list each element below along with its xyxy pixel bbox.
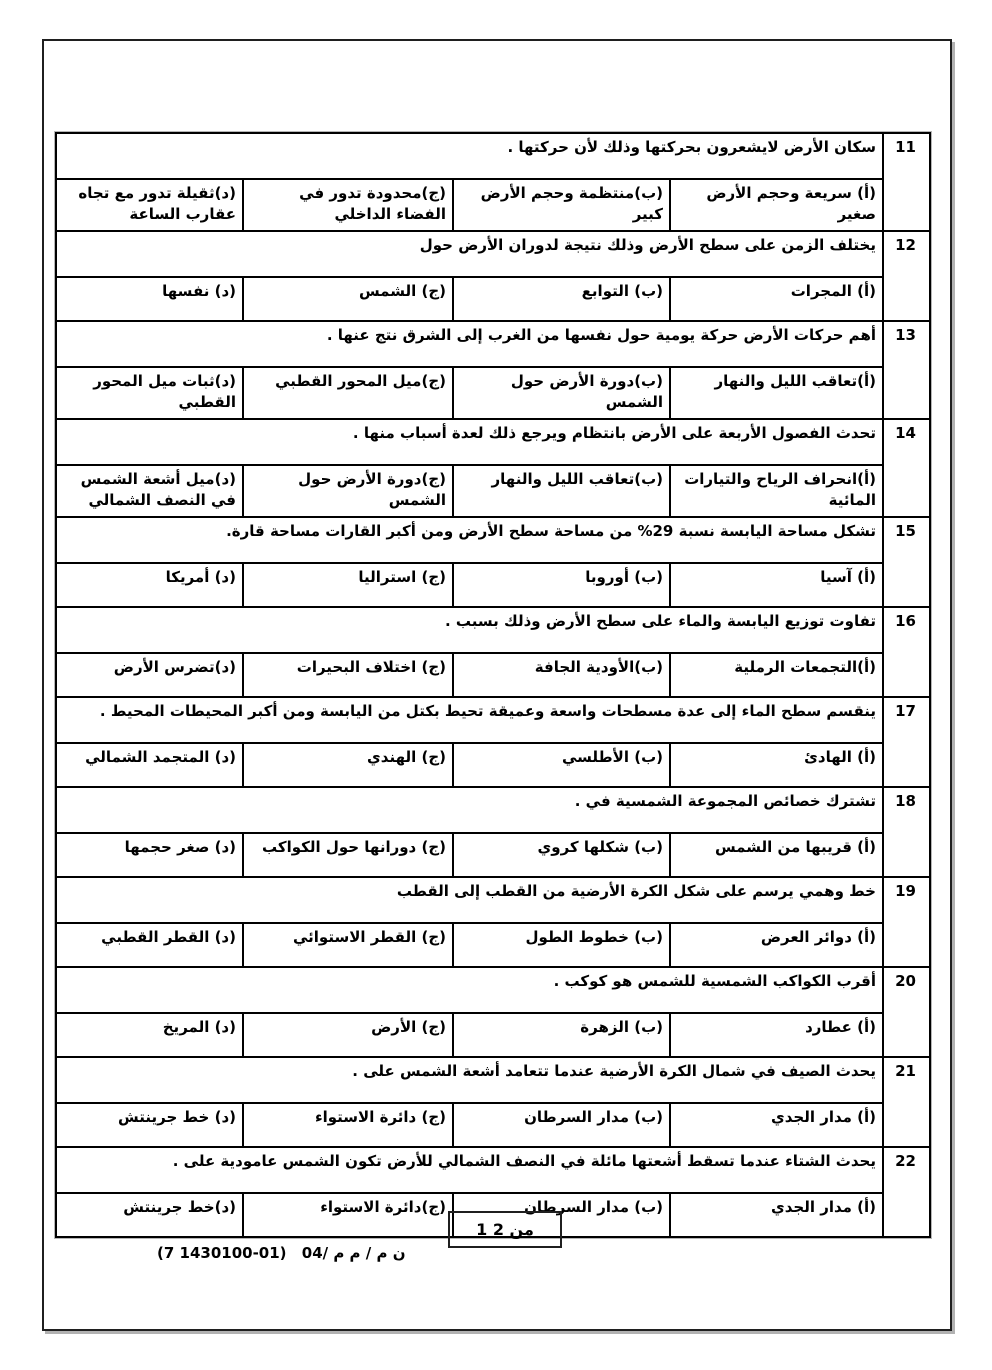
options-row: (أ) مدار الجدي(ب) مدار السرطان(ج) دائرة … bbox=[56, 1103, 930, 1147]
answer-option: (ج)دورة الأرض حول الشمس bbox=[243, 465, 453, 517]
options-row: (أ)التجمعات الرملية(ب)الأودية الجافة(ج) … bbox=[56, 653, 930, 697]
question-number: 15 bbox=[883, 517, 930, 607]
answer-option: (ج) دورانها حول الكواكب bbox=[243, 833, 453, 877]
questions-table-body: 11سكان الأرض لايشعرون بحركتها وذلك لأن ح… bbox=[56, 133, 930, 1237]
answer-option: (أ) الهادئ bbox=[670, 743, 883, 787]
answer-option: (أ) دوائر العرض bbox=[670, 923, 883, 967]
doc-code-ref: (7 1430100-01) bbox=[157, 1244, 287, 1262]
question-row: 15تشكل مساحة اليابسة نسبة 29% من مساحة س… bbox=[56, 517, 930, 563]
answer-option: (أ)تعاقب الليل والنهار bbox=[670, 367, 883, 419]
question-row: 14تحدث الفصول الأربعة على الأرض بانتظام … bbox=[56, 419, 930, 465]
options-row: (أ) الهادئ(ب) الأطلسي(ج) الهندي(د) المتج… bbox=[56, 743, 930, 787]
answer-option: (د)ثقيلة تدور مع تجاه عقارب الساعة bbox=[56, 179, 243, 231]
answer-option: (د) القطر القطبي bbox=[56, 923, 243, 967]
question-text: خط وهمي يرسم على شكل الكرة الأرضية من ال… bbox=[56, 877, 883, 923]
answer-option: (د) أمريكا bbox=[56, 563, 243, 607]
question-row: 13أهم حركات الأرض حركة يومية حول نفسها م… bbox=[56, 321, 930, 367]
answer-option: (د)ميل أشعة الشمس في النصف الشمالي bbox=[56, 465, 243, 517]
options-row: (أ) آسيا(ب) أوروبا(ج) استراليا(د) أمريكا bbox=[56, 563, 930, 607]
options-row: (أ) المجرات(ب) التوابع(ج) الشمس(د) نفسها bbox=[56, 277, 930, 321]
answer-option: (ج) القطر الاستوائي bbox=[243, 923, 453, 967]
answer-option: (ب) شكلها كروي bbox=[453, 833, 670, 877]
answer-option: (ب) التوابع bbox=[453, 277, 670, 321]
question-text: يحدث الشتاء عندما تسقط أشعتها مائلة في ا… bbox=[56, 1147, 883, 1193]
answer-option: (د) صغر حجمها bbox=[56, 833, 243, 877]
answer-option: (ب) مدار السرطان bbox=[453, 1103, 670, 1147]
question-row: 16تفاوت توزيع اليابسة والماء على سطح الأ… bbox=[56, 607, 930, 653]
answer-option: (ج)محدودة تدور في الفضاء الداخلي bbox=[243, 179, 453, 231]
question-text: سكان الأرض لايشعرون بحركتها وذلك لأن حرك… bbox=[56, 133, 883, 179]
answer-option: (ج)ميل المحور القطبي bbox=[243, 367, 453, 419]
options-row: (أ) سريعة وحجم الأرض صغير(ب)منتظمة وحجم … bbox=[56, 179, 930, 231]
question-number: 12 bbox=[883, 231, 930, 321]
question-number: 21 bbox=[883, 1057, 930, 1147]
options-row: (أ) دوائر العرض(ب) خطوط الطول(ج) القطر ا… bbox=[56, 923, 930, 967]
question-number: 22 bbox=[883, 1147, 930, 1237]
answer-option: (أ) عطارد bbox=[670, 1013, 883, 1057]
question-text: تحدث الفصول الأربعة على الأرض بانتظام وي… bbox=[56, 419, 883, 465]
question-row: 19خط وهمي يرسم على شكل الكرة الأرضية من … bbox=[56, 877, 930, 923]
answer-option: (ب)تعاقب الليل والنهار bbox=[453, 465, 670, 517]
doc-code-form: ن م / م م /04 bbox=[302, 1244, 406, 1262]
page-border: 11سكان الأرض لايشعرون بحركتها وذلك لأن ح… bbox=[42, 39, 952, 1331]
question-row: 20أقرب الكواكب الشمسية للشمس هو كوكب . bbox=[56, 967, 930, 1013]
question-text: أقرب الكواكب الشمسية للشمس هو كوكب . bbox=[56, 967, 883, 1013]
answer-option: (أ) مدار الجدي bbox=[670, 1193, 883, 1237]
answer-option: (ب) خطوط الطول bbox=[453, 923, 670, 967]
question-text: تفاوت توزيع اليابسة والماء على سطح الأرض… bbox=[56, 607, 883, 653]
answer-option: (ج) الشمس bbox=[243, 277, 453, 321]
answer-option: (ب) الزهرة bbox=[453, 1013, 670, 1057]
answer-option: (ج) الأرض bbox=[243, 1013, 453, 1057]
page-number-text: 1 من 2 bbox=[476, 1220, 534, 1239]
answer-option: (ج) الهندي bbox=[243, 743, 453, 787]
question-number: 13 bbox=[883, 321, 930, 419]
answer-option: (أ) سريعة وحجم الأرض صغير bbox=[670, 179, 883, 231]
answer-option: (ج)دائرة الاستواء bbox=[243, 1193, 453, 1237]
answer-option: (د) المتجمد الشمالي bbox=[56, 743, 243, 787]
answer-option: (ب)منتظمة وحجم الأرض كبير bbox=[453, 179, 670, 231]
question-number: 20 bbox=[883, 967, 930, 1057]
page-number-box: 1 من 2 bbox=[448, 1211, 562, 1248]
questions-table: 11سكان الأرض لايشعرون بحركتها وذلك لأن ح… bbox=[55, 132, 931, 1238]
answer-option: (ب) أوروبا bbox=[453, 563, 670, 607]
answer-option: (د)تضرس الأرض bbox=[56, 653, 243, 697]
options-row: (أ) قريبها من الشمس(ب) شكلها كروي(ج) دور… bbox=[56, 833, 930, 877]
question-number: 18 bbox=[883, 787, 930, 877]
answer-option: (د) نفسها bbox=[56, 277, 243, 321]
question-text: يختلف الزمن على سطح الأرض وذلك نتيجة لدو… bbox=[56, 231, 883, 277]
question-text: ينقسم سطح الماء إلى عدة مسطحات واسعة وعم… bbox=[56, 697, 883, 743]
answer-option: (د)خط جرينتش bbox=[56, 1193, 243, 1237]
answer-option: (د) المريخ bbox=[56, 1013, 243, 1057]
options-row: (أ)انحراف الرياح والتيارات المائية(ب)تعا… bbox=[56, 465, 930, 517]
question-number: 19 bbox=[883, 877, 930, 967]
question-row: 12يختلف الزمن على سطح الأرض وذلك نتيجة ل… bbox=[56, 231, 930, 277]
question-row: 21يحدث الصيف في شمال الكرة الأرضية عندما… bbox=[56, 1057, 930, 1103]
answer-option: (ج) اختلاف البحيرات bbox=[243, 653, 453, 697]
question-number: 16 bbox=[883, 607, 930, 697]
question-row: 17ينقسم سطح الماء إلى عدة مسطحات واسعة و… bbox=[56, 697, 930, 743]
question-row: 18تشترك خصائص المجموعة الشمسية في . bbox=[56, 787, 930, 833]
question-row: 22يحدث الشتاء عندما تسقط أشعتها مائلة في… bbox=[56, 1147, 930, 1193]
question-row: 11سكان الأرض لايشعرون بحركتها وذلك لأن ح… bbox=[56, 133, 930, 179]
question-number: 14 bbox=[883, 419, 930, 517]
answer-option: (د) خط جرينتش bbox=[56, 1103, 243, 1147]
question-number: 11 bbox=[883, 133, 930, 231]
answer-option: (أ) قريبها من الشمس bbox=[670, 833, 883, 877]
answer-option: (أ) آسيا bbox=[670, 563, 883, 607]
answer-option: (د)ثبات ميل المحور القطبي bbox=[56, 367, 243, 419]
answer-option: (ج) استراليا bbox=[243, 563, 453, 607]
answer-option: (أ)التجمعات الرملية bbox=[670, 653, 883, 697]
doc-code: (7 1430100-01) ن م / م م /04 bbox=[157, 1244, 406, 1262]
answer-option: (أ) مدار الجدي bbox=[670, 1103, 883, 1147]
question-text: تشكل مساحة اليابسة نسبة 29% من مساحة سطح… bbox=[56, 517, 883, 563]
options-row: (أ) عطارد(ب) الزهرة(ج) الأرض(د) المريخ bbox=[56, 1013, 930, 1057]
answer-option: (أ) المجرات bbox=[670, 277, 883, 321]
question-text: أهم حركات الأرض حركة يومية حول نفسها من … bbox=[56, 321, 883, 367]
question-text: يحدث الصيف في شمال الكرة الأرضية عندما ت… bbox=[56, 1057, 883, 1103]
answer-option: (أ)انحراف الرياح والتيارات المائية bbox=[670, 465, 883, 517]
answer-option: (ب)دورة الأرض حول الشمس bbox=[453, 367, 670, 419]
options-row: (أ)تعاقب الليل والنهار(ب)دورة الأرض حول … bbox=[56, 367, 930, 419]
answer-option: (ب) الأطلسي bbox=[453, 743, 670, 787]
answer-option: (ج) دائرة الاستواء bbox=[243, 1103, 453, 1147]
question-number: 17 bbox=[883, 697, 930, 787]
question-text: تشترك خصائص المجموعة الشمسية في . bbox=[56, 787, 883, 833]
answer-option: (ب)الأودية الجافة bbox=[453, 653, 670, 697]
